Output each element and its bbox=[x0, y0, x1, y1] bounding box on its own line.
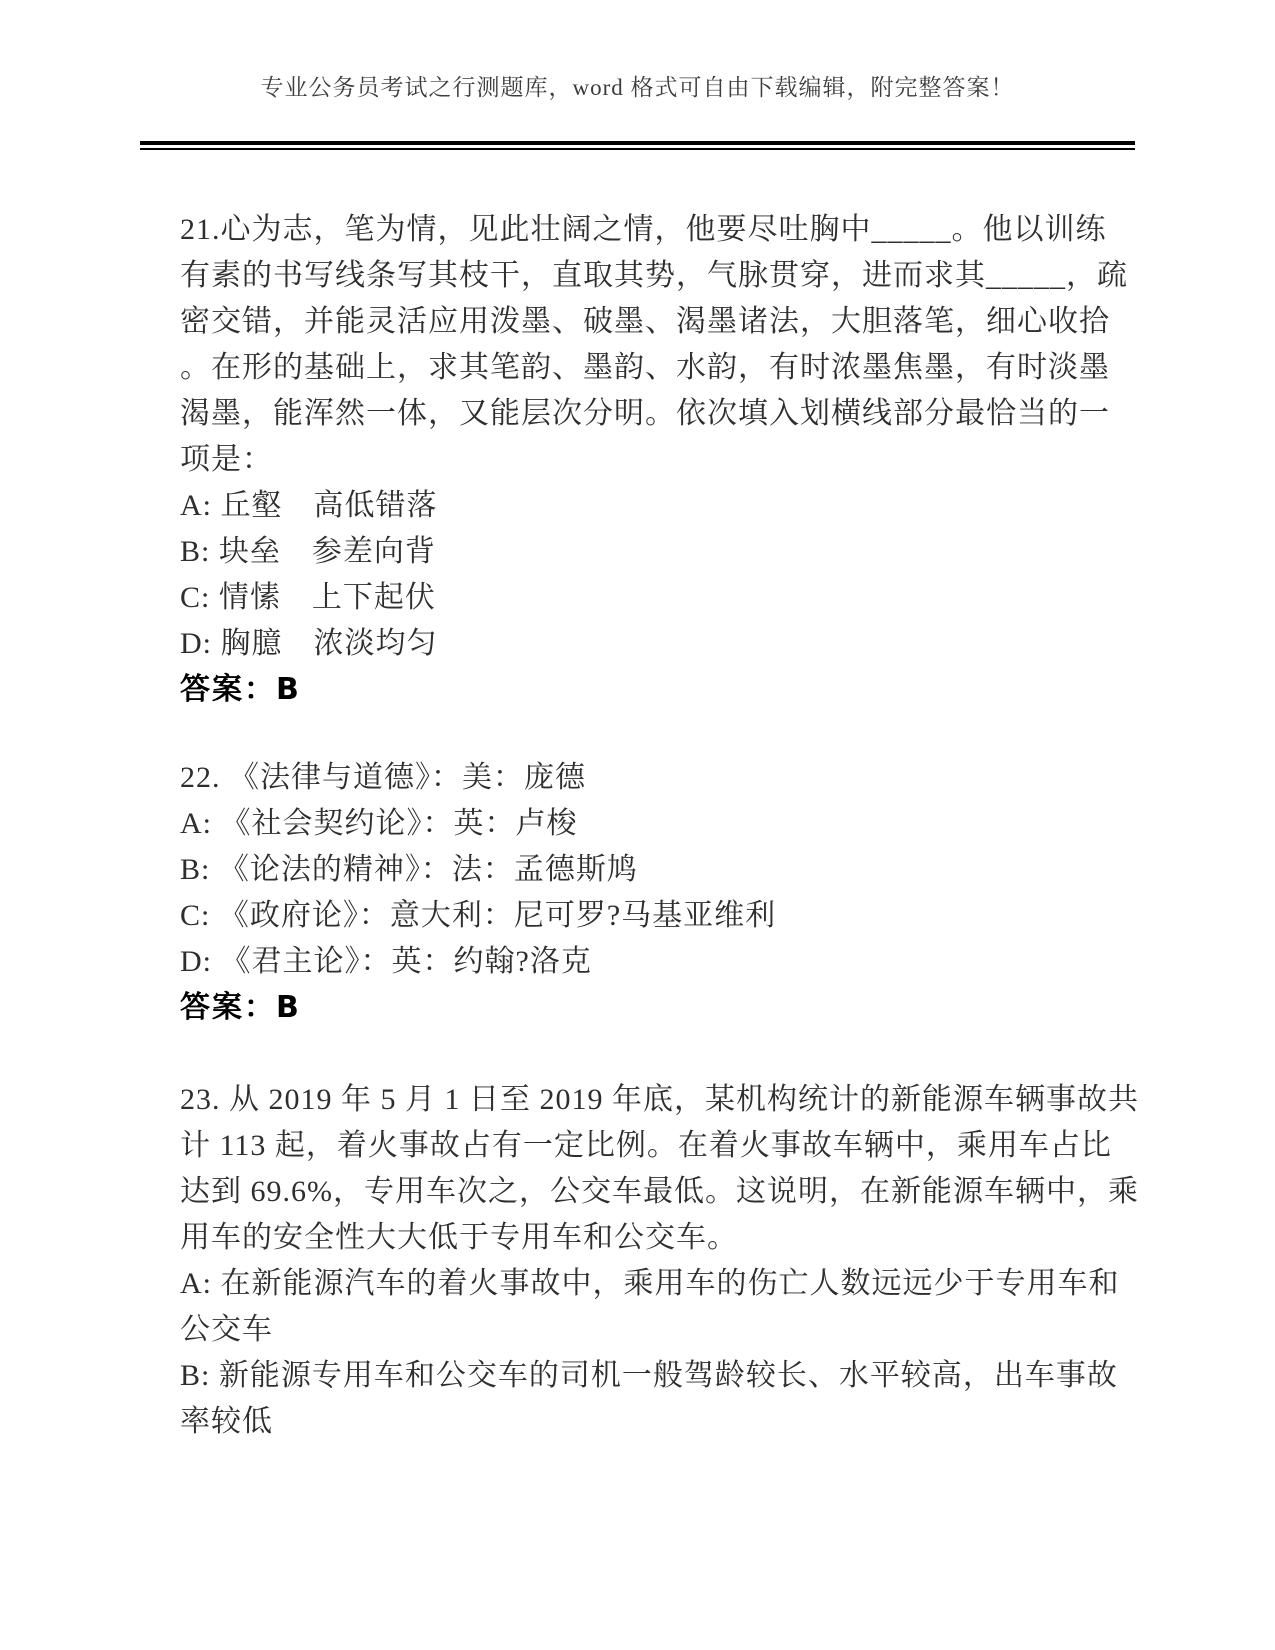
option-b: B: 《论法的精神》：法：孟德斯鸠 bbox=[180, 847, 1105, 893]
answer-line: 答案：B bbox=[180, 667, 1105, 713]
option-c: C: 《政府论》：意大利：尼可罗?马基亚维利 bbox=[180, 893, 1105, 939]
document-page: 专业公务员考试之行测题库，word 格式可自由下载编辑，附完整答案！ 21.心为… bbox=[0, 0, 1275, 1650]
question-stem-line: 计 113 起，着火事故占有一定比例。在着火事故车辆中，乘用车占比 bbox=[180, 1123, 1105, 1169]
question-22: 22. 《法律与道德》：美：庞德 A: 《社会契约论》：英：卢梭 B: 《论法的… bbox=[180, 755, 1105, 1031]
question-stem-line: 23. 从 2019 年 5 月 1 日至 2019 年底，某机构统计的新能源车… bbox=[180, 1077, 1105, 1123]
divider-thick-line bbox=[140, 141, 1135, 145]
option-a-continued: 公交车 bbox=[180, 1307, 1105, 1353]
question-stem-line: 有素的书写线条写其枝干，直取其势，气脉贯穿，进而求其_____，疏 bbox=[180, 253, 1105, 299]
option-a: A: 《社会契约论》：英：卢梭 bbox=[180, 801, 1105, 847]
question-stem-line: 项是： bbox=[180, 437, 1105, 483]
option-b-continued: 率较低 bbox=[180, 1399, 1105, 1445]
question-stem-line: 达到 69.6%，专用车次之，公交车最低。这说明，在新能源车辆中，乘 bbox=[180, 1169, 1105, 1215]
answer-line: 答案：B bbox=[180, 985, 1105, 1031]
option-d: D: 《君主论》：英：约翰?洛克 bbox=[180, 939, 1105, 985]
question-21: 21.心为志，笔为情，见此壮阔之情，他要尽吐胸中_____。他以训练 有素的书写… bbox=[180, 207, 1105, 713]
question-stem-line: 22. 《法律与道德》：美：庞德 bbox=[180, 755, 1105, 801]
divider-thin-line bbox=[140, 148, 1135, 150]
question-stem-line: 。在形的基础上，求其笔韵、墨韵、水韵，有时浓墨焦墨，有时淡墨 bbox=[180, 345, 1105, 391]
question-stem-line: 渴墨，能浑然一体，又能层次分明。依次填入划横线部分最恰当的一 bbox=[180, 391, 1105, 437]
option-b: B: 块垒 参差向背 bbox=[180, 529, 1105, 575]
question-stem-line: 21.心为志，笔为情，见此壮阔之情，他要尽吐胸中_____。他以训练 bbox=[180, 207, 1105, 253]
question-stem-line: 用车的安全性大大低于专用车和公交车。 bbox=[180, 1215, 1105, 1261]
option-c: C: 情愫 上下起伏 bbox=[180, 575, 1105, 621]
page-header: 专业公务员考试之行测题库，word 格式可自由下载编辑，附完整答案！ bbox=[140, 72, 1135, 104]
option-b: B: 新能源专用车和公交车的司机一般驾龄较长、水平较高，出车事故 bbox=[180, 1353, 1105, 1399]
option-d: D: 胸臆 浓淡均匀 bbox=[180, 621, 1105, 667]
header-divider bbox=[140, 141, 1135, 150]
question-23: 23. 从 2019 年 5 月 1 日至 2019 年底，某机构统计的新能源车… bbox=[180, 1077, 1105, 1445]
option-a: A: 在新能源汽车的着火事故中，乘用车的伤亡人数远远少于专用车和 bbox=[180, 1261, 1105, 1307]
question-stem-line: 密交错，并能灵活应用泼墨、破墨、渴墨诸法，大胆落笔，细心收拾 bbox=[180, 299, 1105, 345]
document-body: 21.心为志，笔为情，见此壮阔之情，他要尽吐胸中_____。他以训练 有素的书写… bbox=[180, 207, 1105, 1445]
option-a: A: 丘壑 高低错落 bbox=[180, 483, 1105, 529]
